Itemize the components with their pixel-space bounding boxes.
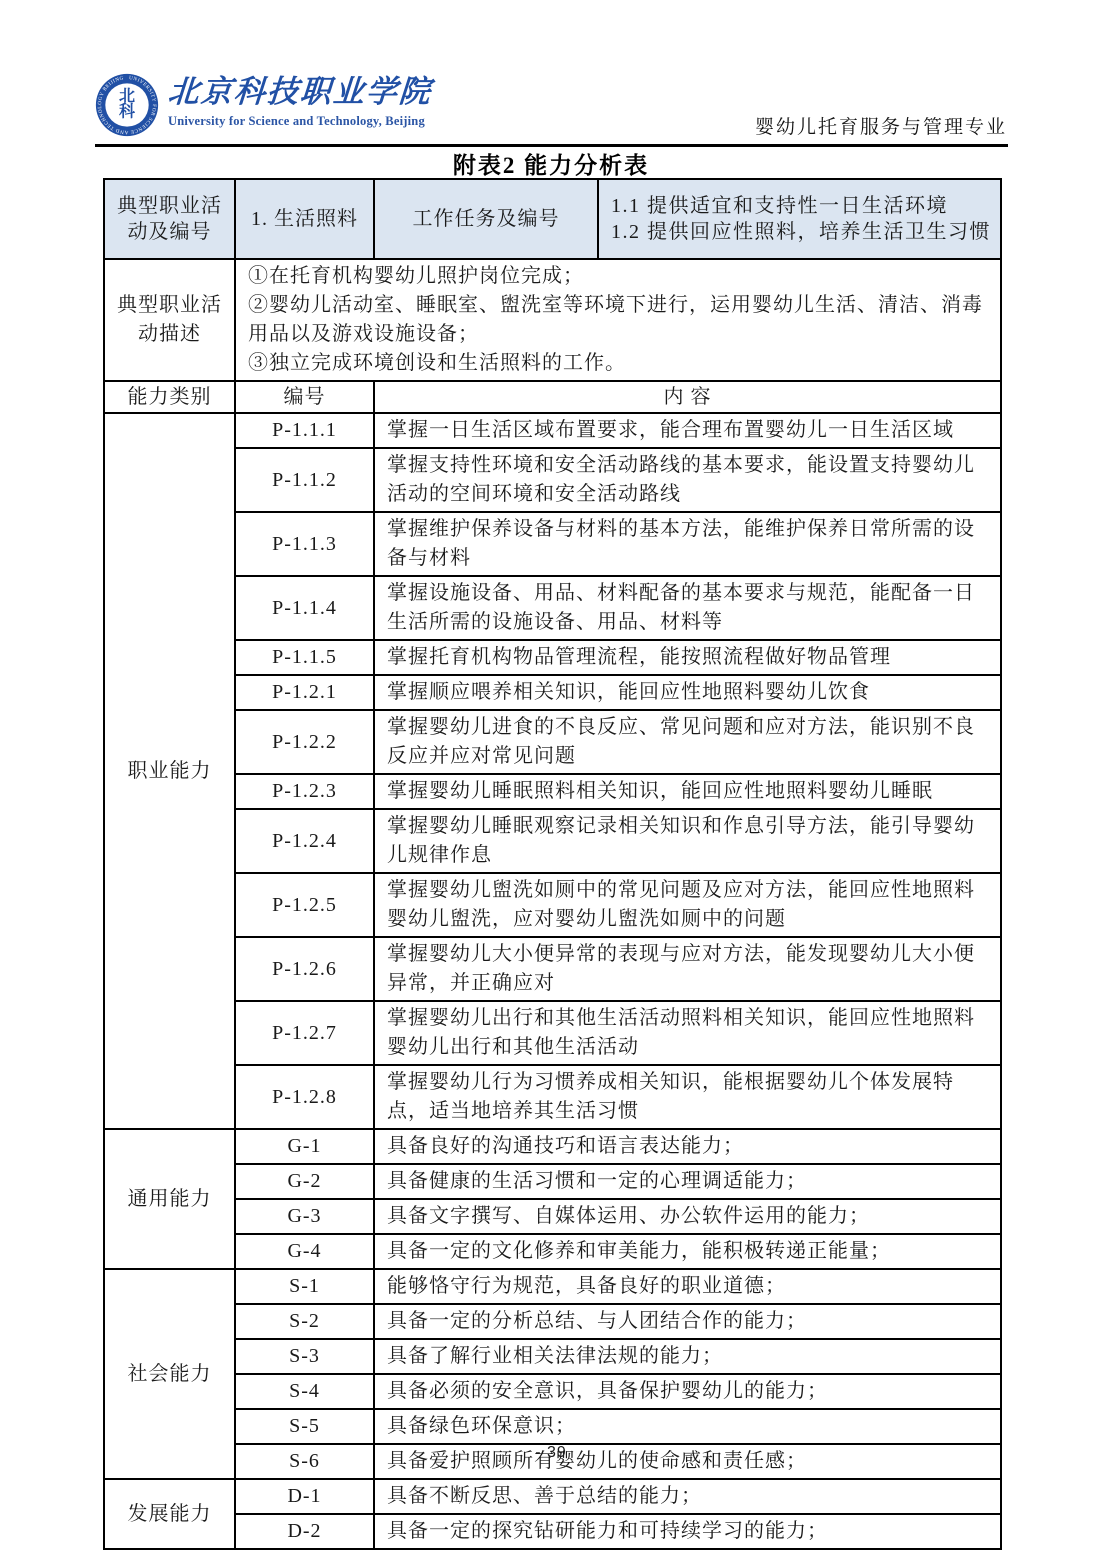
table-row: D-2具备一定的探究钻研能力和可持续学习的能力； [104,1514,1001,1549]
svg-text:科: 科 [119,101,136,120]
table-row: S-4具备必须的安全意识，具备保护婴幼儿的能力； [104,1374,1001,1409]
content-cell: 具备文字撰写、自媒体运用、办公软件运用的能力； [374,1199,1001,1234]
code-cell: P-1.2.5 [235,873,374,937]
code-cell: P-1.1.4 [235,576,374,640]
content-cell: 具备了解行业相关法律法规的能力； [374,1339,1001,1374]
table-row: 通用能力G-1具备良好的沟通技巧和语言表达能力； [104,1129,1001,1164]
content-cell: 掌握一日生活区域布置要求，能合理布置婴幼儿一日生活区域 [374,413,1001,448]
content-cell: 具备不断反思、善于总结的能力； [374,1479,1001,1514]
column-header-category: 能力类别 [104,381,235,413]
page-header: UNIVERSITY FOR SCIENCE AND TECHNOLOGY BE… [0,0,1102,150]
code-cell: P-1.1.5 [235,640,374,675]
code-cell: P-1.1.1 [235,413,374,448]
activity-label-cell: 典型职业活动及编号 [104,179,235,259]
code-cell: P-1.2.8 [235,1065,374,1129]
table-row: S-5具备绿色环保意识； [104,1409,1001,1444]
code-cell: G-1 [235,1129,374,1164]
table-row-description: 典型职业活动描述 ①在托育机构婴幼儿照护岗位完成； ②婴幼儿活动室、睡眠室、盥洗… [104,259,1001,381]
task-line: 1.2 提供回应性照料，培养生活卫生习惯 [611,219,992,245]
program-name: 婴幼儿托育服务与管理专业 [755,112,1007,139]
table-row: S-2具备一定的分析总结、与人团结合作的能力； [104,1304,1001,1339]
content-cell: 具备必须的安全意识，具备保护婴幼儿的能力； [374,1374,1001,1409]
school-seal-icon: UNIVERSITY FOR SCIENCE AND TECHNOLOGY BE… [94,72,160,138]
page-footer: - 39 [0,1444,1102,1462]
table-row-activity: 典型职业活动及编号 1. 生活照料 工作任务及编号 1.1 提供适宜和支持性一日… [104,179,1001,259]
code-cell: S-1 [235,1269,374,1304]
code-cell: P-1.2.3 [235,774,374,809]
code-cell: S-5 [235,1409,374,1444]
table-row: P-1.2.8掌握婴幼儿行为习惯养成相关知识，能根据婴幼儿个体发展特点，适当地培… [104,1065,1001,1129]
document-page: UNIVERSITY FOR SCIENCE AND TECHNOLOGY BE… [0,0,1102,1559]
code-cell: G-4 [235,1234,374,1269]
table-row: P-1.2.3掌握婴幼儿睡眠照料相关知识，能回应性地照料婴幼儿睡眠 [104,774,1001,809]
category-cell: 发展能力 [104,1479,235,1549]
task-value-cell: 1.1 提供适宜和支持性一日生活环境 1.2 提供回应性照料，培养生活卫生习惯 [598,179,1001,259]
table-row: G-4具备一定的文化修养和审美能力，能积极转递正能量； [104,1234,1001,1269]
content-cell: 掌握顺应喂养相关知识，能回应性地照料婴幼儿饮食 [374,675,1001,710]
code-cell: S-2 [235,1304,374,1339]
content-cell: 具备绿色环保意识； [374,1409,1001,1444]
content-cell: 掌握婴幼儿进食的不良反应、常见问题和应对方法，能识别不良反应并应对常见问题 [374,710,1001,774]
task-label-cell: 工作任务及编号 [374,179,598,259]
table-row: P-1.1.3掌握维护保养设备与材料的基本方法，能维护保养日常所需的设备与材料 [104,512,1001,576]
table-row: P-1.1.2掌握支持性环境和安全活动路线的基本要求，能设置支持婴幼儿活动的空间… [104,448,1001,512]
table-row: G-2具备健康的生活习惯和一定的心理调适能力； [104,1164,1001,1199]
school-name-en: University for Science and Technology, B… [168,112,432,130]
content-cell: 具备一定的分析总结、与人团结合作的能力； [374,1304,1001,1339]
category-cell: 通用能力 [104,1129,235,1269]
code-cell: P-1.2.2 [235,710,374,774]
description-value-cell: ①在托育机构婴幼儿照护岗位完成； ②婴幼儿活动室、睡眠室、盥洗室等环境下进行，运… [235,259,1001,381]
school-logo: UNIVERSITY FOR SCIENCE AND TECHNOLOGY BE… [94,72,432,138]
content-cell: 掌握托育机构物品管理流程，能按照流程做好物品管理 [374,640,1001,675]
code-cell: G-2 [235,1164,374,1199]
table-row: P-1.1.5掌握托育机构物品管理流程，能按照流程做好物品管理 [104,640,1001,675]
table-row: G-3具备文字撰写、自媒体运用、办公软件运用的能力； [104,1199,1001,1234]
table-row: 职业能力P-1.1.1掌握一日生活区域布置要求，能合理布置婴幼儿一日生活区域 [104,413,1001,448]
content-cell: 具备一定的探究钻研能力和可持续学习的能力； [374,1514,1001,1549]
content-cell: 掌握婴幼儿盥洗如厕中的常见问题及应对方法，能回应性地照料婴幼儿盥洗，应对婴幼儿盥… [374,873,1001,937]
table-row: S-3具备了解行业相关法律法规的能力； [104,1339,1001,1374]
school-name-block: 北京科技职业学院 University for Science and Tech… [168,72,432,130]
task-line: 1.1 提供适宜和支持性一日生活环境 [611,193,992,219]
table-title: 附表2 能力分析表 [0,147,1102,180]
table-row: P-1.2.5掌握婴幼儿盥洗如厕中的常见问题及应对方法，能回应性地照料婴幼儿盥洗… [104,873,1001,937]
ability-analysis-table: 典型职业活动及编号 1. 生活照料 工作任务及编号 1.1 提供适宜和支持性一日… [103,178,1002,1550]
content-cell: 具备良好的沟通技巧和语言表达能力； [374,1129,1001,1164]
activity-value-cell: 1. 生活照料 [235,179,374,259]
content-cell: 能够恪守行为规范，具备良好的职业道德； [374,1269,1001,1304]
page-number: - 39 [535,1444,567,1461]
table-row: P-1.2.4掌握婴幼儿睡眠观察记录相关知识和作息引导方法，能引导婴幼儿规律作息 [104,809,1001,873]
content-cell: 掌握婴幼儿睡眠观察记录相关知识和作息引导方法，能引导婴幼儿规律作息 [374,809,1001,873]
content-cell: 具备一定的文化修养和审美能力，能积极转递正能量； [374,1234,1001,1269]
code-cell: P-1.2.4 [235,809,374,873]
column-header-code: 编号 [235,381,374,413]
table-row: 发展能力D-1具备不断反思、善于总结的能力； [104,1479,1001,1514]
description-line: ①在托育机构婴幼儿照护岗位完成； [248,262,992,291]
table-row: P-1.1.4掌握设施设备、用品、材料配备的基本要求与规范，能配备一日生活所需的… [104,576,1001,640]
table-row: 社会能力S-1能够恪守行为规范，具备良好的职业道德； [104,1269,1001,1304]
content-cell: 掌握婴幼儿睡眠照料相关知识，能回应性地照料婴幼儿睡眠 [374,774,1001,809]
content-cell: 掌握支持性环境和安全活动路线的基本要求，能设置支持婴幼儿活动的空间环境和安全活动… [374,448,1001,512]
description-line: ③独立完成环境创设和生活照料的工作。 [248,349,992,378]
code-cell: D-1 [235,1479,374,1514]
content-cell: 掌握设施设备、用品、材料配备的基本要求与规范，能配备一日生活所需的设施设备、用品… [374,576,1001,640]
table-row-column-headers: 能力类别 编号 内 容 [104,381,1001,413]
school-name-zh: 北京科技职业学院 [167,74,434,110]
code-cell: P-1.2.6 [235,937,374,1001]
category-cell: 职业能力 [104,413,235,1129]
description-label-cell: 典型职业活动描述 [104,259,235,381]
code-cell: P-1.1.2 [235,448,374,512]
content-cell: 掌握婴幼儿行为习惯养成相关知识，能根据婴幼儿个体发展特点，适当地培养其生活习惯 [374,1065,1001,1129]
description-line: ②婴幼儿活动室、睡眠室、盥洗室等环境下进行，运用婴幼儿生活、清洁、消毒用品以及游… [248,291,992,349]
table-row: P-1.2.7掌握婴幼儿出行和其他生活活动照料相关知识，能回应性地照料婴幼儿出行… [104,1001,1001,1065]
content-cell: 掌握婴幼儿出行和其他生活活动照料相关知识，能回应性地照料婴幼儿出行和其他生活活动 [374,1001,1001,1065]
content-cell: 掌握维护保养设备与材料的基本方法，能维护保养日常所需的设备与材料 [374,512,1001,576]
content-cell: 具备健康的生活习惯和一定的心理调适能力； [374,1164,1001,1199]
code-cell: P-1.2.7 [235,1001,374,1065]
code-cell: S-4 [235,1374,374,1409]
ability-table-body: 典型职业活动及编号 1. 生活照料 工作任务及编号 1.1 提供适宜和支持性一日… [104,179,1001,1549]
code-cell: P-1.1.3 [235,512,374,576]
table-row: P-1.2.2掌握婴幼儿进食的不良反应、常见问题和应对方法，能识别不良反应并应对… [104,710,1001,774]
column-header-content: 内 容 [374,381,1001,413]
code-cell: P-1.2.1 [235,675,374,710]
table-row: P-1.2.6掌握婴幼儿大小便异常的表现与应对方法，能发现婴幼儿大小便异常，并正… [104,937,1001,1001]
code-cell: D-2 [235,1514,374,1549]
code-cell: G-3 [235,1199,374,1234]
code-cell: S-3 [235,1339,374,1374]
content-cell: 掌握婴幼儿大小便异常的表现与应对方法，能发现婴幼儿大小便异常，并正确应对 [374,937,1001,1001]
table-row: P-1.2.1掌握顺应喂养相关知识，能回应性地照料婴幼儿饮食 [104,675,1001,710]
